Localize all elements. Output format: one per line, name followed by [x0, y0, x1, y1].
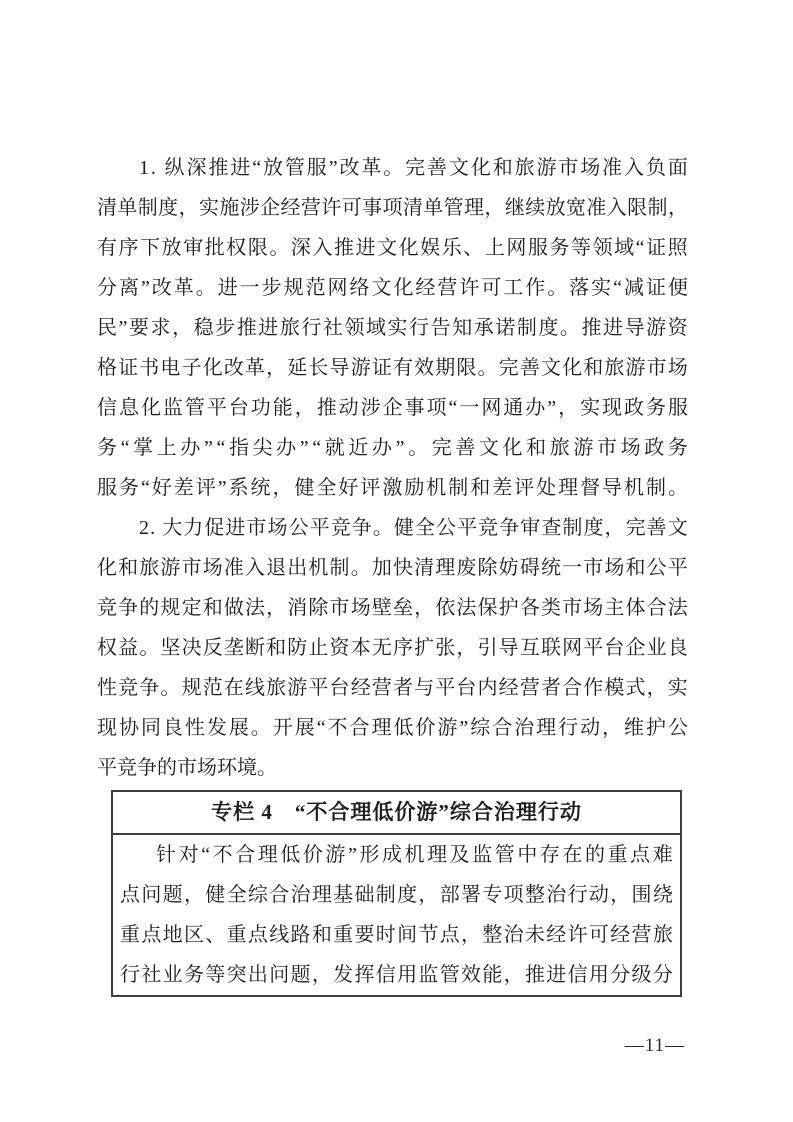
- text-line: 权益。坚决反垄断和防止资本无序扩张，引导互联网平台企业良: [97, 628, 688, 668]
- paragraph-reform: 1. 纵深推进“放管服”改革。完善文化和旅游市场准入负面清单制度，实施涉企经营许…: [97, 148, 688, 508]
- text-line: 信息化监管平台功能，推动涉企事项“一网通办”，实现政务服: [97, 388, 688, 428]
- box-body: 针对“不合理低价游”形成机理及监管中存在的重点难点问题，健全综合治理基础制度，部…: [113, 835, 680, 995]
- text-line: 2. 大力促进市场公平竞争。健全公平竞争审查制度，完善文: [97, 508, 688, 548]
- text-line: 现协同良性发展。开展“不合理低价游”综合治理行动，维护公: [97, 708, 688, 748]
- text-line: 竞争的规定和做法，消除市场壁垒，依法保护各类市场主体合法: [97, 588, 688, 628]
- text-line: 1. 纵深推进“放管服”改革。完善文化和旅游市场准入负面: [97, 148, 688, 188]
- text-line: 化和旅游市场准入退出机制。加快清理废除妨碍统一市场和公平: [97, 548, 688, 588]
- text-line: 平竞争的市场环境。: [97, 748, 688, 788]
- text-line: 民”要求，稳步推进旅行社领域实行告知承诺制度。推进导游资: [97, 308, 688, 348]
- text-line: 分离”改革。进一步规范网络文化经营许可工作。落实“减证便: [97, 268, 688, 308]
- document-body: 1. 纵深推进“放管服”改革。完善文化和旅游市场准入负面清单制度，实施涉企经营许…: [97, 148, 688, 997]
- paragraph-fair-competition: 2. 大力促进市场公平竞争。健全公平竞争审查制度，完善文化和旅游市场准入退出机制…: [97, 508, 688, 788]
- text-line: 服务“好差评”系统，健全好评激励机制和差评处理督导机制。: [97, 468, 688, 508]
- text-line: 针对“不合理低价游”形成机理及监管中存在的重点难: [120, 835, 673, 875]
- special-column-box: 专栏 4 “不合理低价游”综合治理行动 针对“不合理低价游”形成机理及监管中存在…: [111, 790, 682, 997]
- text-line: 务“掌上办”“指尖办”“就近办”。完善文化和旅游市场政务: [97, 428, 688, 468]
- document-page: 1. 纵深推进“放管服”改革。完善文化和旅游市场准入负面清单制度，实施涉企经营许…: [0, 0, 793, 1122]
- box-title: 专栏 4 “不合理低价游”综合治理行动: [113, 792, 680, 835]
- text-line: 清单制度，实施涉企经营许可事项清单管理，继续放宽准入限制，: [97, 188, 688, 228]
- text-line: 点问题，健全综合治理基础制度，部署专项整治行动，围绕: [120, 875, 673, 915]
- text-line: 重点地区、重点线路和重要时间节点，整治未经许可经营旅: [120, 915, 673, 955]
- text-line: 格证书电子化改革，延长导游证有效期限。完善文化和旅游市场: [97, 348, 688, 388]
- text-line: 行社业务等突出问题，发挥信用监管效能，推进信用分级分: [120, 955, 673, 995]
- text-line: 性竞争。规范在线旅游平台经营者与平台内经营者合作模式，实: [97, 668, 688, 708]
- page-number: —11—: [625, 1034, 685, 1058]
- text-line: 有序下放审批权限。深入推进文化娱乐、上网服务等领域“证照: [97, 228, 688, 268]
